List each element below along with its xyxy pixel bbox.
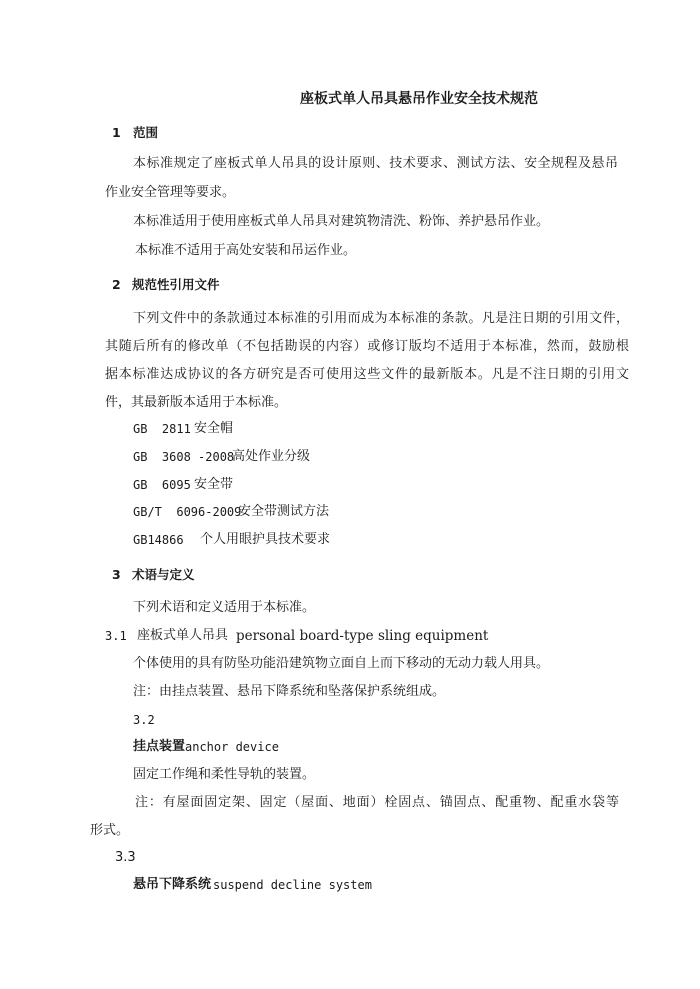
term-number: 3.3 — [115, 849, 136, 867]
section-2-paragraph: 其随后所有的修改单（不包括勘误的内容）或修订版均不适用于本标准，然而，鼓励根 — [105, 338, 629, 356]
section-1-paragraph: 作业安全管理等要求。 — [105, 184, 235, 202]
section-1-number: 1 — [112, 124, 121, 142]
term-en: anchor device — [185, 738, 279, 756]
reference-name: 安全带测试方法 — [238, 503, 329, 521]
term-definition: 个体使用的具有防坠功能沿建筑物立面自上而下移动的无动力载人用具。 — [133, 655, 549, 673]
section-2-number: 2 — [112, 276, 121, 294]
section-1-paragraph: 本标准规定了座板式单人吊具的设计原则、技术要求、测试方法、安全规程及悬吊 — [133, 155, 618, 173]
reference-code: GB14866 — [133, 531, 184, 549]
document-title: 座板式单人吊具悬吊作业安全技术规范 — [300, 90, 538, 108]
reference-name: 高处作业分级 — [232, 448, 310, 466]
reference-name: 个人用眼护具技术要求 — [200, 531, 330, 549]
section-3-heading: 术语与定义 — [132, 566, 195, 584]
term-zh: 座板式单人吊具 — [137, 627, 228, 645]
term-en: personal board-type sling equipment — [236, 627, 488, 645]
reference-name: 安全带 — [194, 476, 233, 494]
term-zh: 悬吊下降系统 — [133, 876, 211, 894]
reference-code: GB 2811 — [133, 420, 191, 438]
reference-name: 安全帽 — [194, 420, 233, 438]
term-note: 形式。 — [90, 822, 129, 840]
section-2-paragraph: 件，其最新版本适用于本标准。 — [105, 394, 287, 412]
term-note: 注：由挂点装置、悬吊下降系统和坠落保护系统组成。 — [133, 683, 445, 701]
section-2-heading: 规范性引用文件 — [132, 276, 220, 294]
term-en: suspend decline system — [213, 876, 372, 894]
term-number: 3.1 — [105, 627, 127, 645]
section-1-paragraph: 本标准不适用于高处安装和吊运作业。 — [135, 242, 356, 260]
section-3-intro: 下列术语和定义适用于本标准。 — [133, 599, 315, 617]
section-2-paragraph: 下列文件中的条款通过本标准的引用而成为本标准的条款。凡是注日期的引用文件， — [133, 310, 629, 328]
term-zh: 挂点装置 — [133, 738, 185, 756]
term-number: 3.2 — [133, 711, 155, 729]
reference-code: GB 6095 — [133, 476, 191, 494]
section-1-heading: 范围 — [133, 124, 158, 142]
reference-code: GB/T 6096-2009 — [133, 503, 241, 521]
document-page: 座板式单人吊具悬吊作业安全技术规范 1 范围 本标准规定了座板式单人吊具的设计原… — [0, 0, 700, 989]
section-2-paragraph: 据本标准达成协议的各方研究是否可使用这些文件的最新版本。凡是不注日期的引用文 — [105, 366, 629, 384]
term-note: 注：有屋面固定架、固定（屋面、地面）栓固点、锚固点、配重物、配重水袋等 — [135, 794, 619, 812]
reference-code: GB 3608 -2008 — [133, 448, 234, 466]
section-3-number: 3 — [112, 566, 121, 584]
term-definition: 固定工作绳和柔性导轨的装置。 — [133, 766, 315, 784]
section-1-paragraph: 本标准适用于使用座板式单人吊具对建筑物清洗、粉饰、养护悬吊作业。 — [133, 213, 549, 231]
